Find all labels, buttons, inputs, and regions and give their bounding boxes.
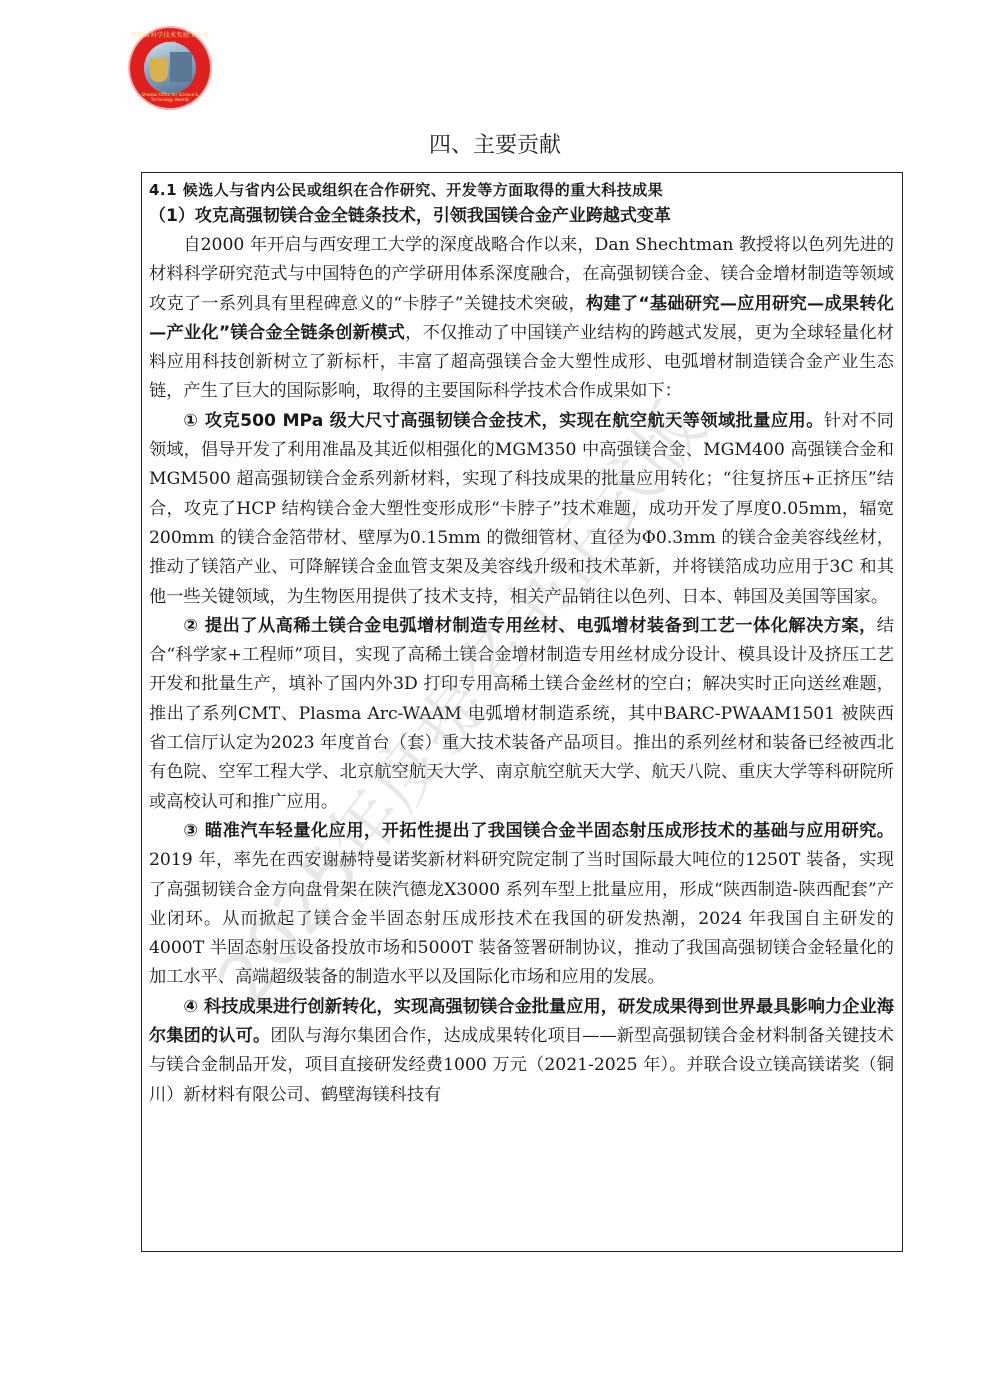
achievement-item-2: ② 提出了从高稀土镁合金电弧增材制造专用丝材、电弧增材装备到工艺一体化解决方案，… (149, 612, 894, 817)
trophy-icon (150, 58, 168, 82)
page-title: 四、主要贡献 (0, 128, 990, 159)
section-content: 4.1 候选人与省内公民或组织在合作研究、开发等方面取得的重大科技成果 （1）攻… (142, 173, 902, 1110)
achievement-item-1: ① 攻克500 MPa 级大尺寸高强韧镁合金技术，实现在航空航天等领域批量应用。… (149, 407, 894, 612)
seal-subtext: Shaanxi Office for Science & Technology … (130, 92, 210, 102)
official-seal-logo: 陕西省科学技术奖励工作办公室 Shaanxi Office for Scienc… (130, 28, 210, 108)
subsection-heading: （1）攻克高强韧镁合金全链条技术，引领我国镁合金产业跨越式变革 (149, 202, 894, 231)
achievement-item-3: ③ 瞄准汽车轻量化应用，开拓性提出了我国镁合金半固态射压成形技术的基础与应用研究… (149, 817, 894, 993)
seal-emblem-image (144, 42, 196, 94)
building-icon (170, 52, 192, 82)
contribution-box: 4.1 候选人与省内公民或组织在合作研究、开发等方面取得的重大科技成果 （1）攻… (141, 172, 903, 1252)
intro-paragraph: 自2000 年开启与西安理工大学的深度战略合作以来，Dan Shechtman … (149, 231, 894, 407)
section-heading: 4.1 候选人与省内公民或组织在合作研究、开发等方面取得的重大科技成果 (149, 178, 894, 202)
achievement-item-4: ④ 科技成果进行创新转化，实现高强韧镁合金批量应用，研发成果得到世界最具影响力企… (149, 993, 894, 1110)
